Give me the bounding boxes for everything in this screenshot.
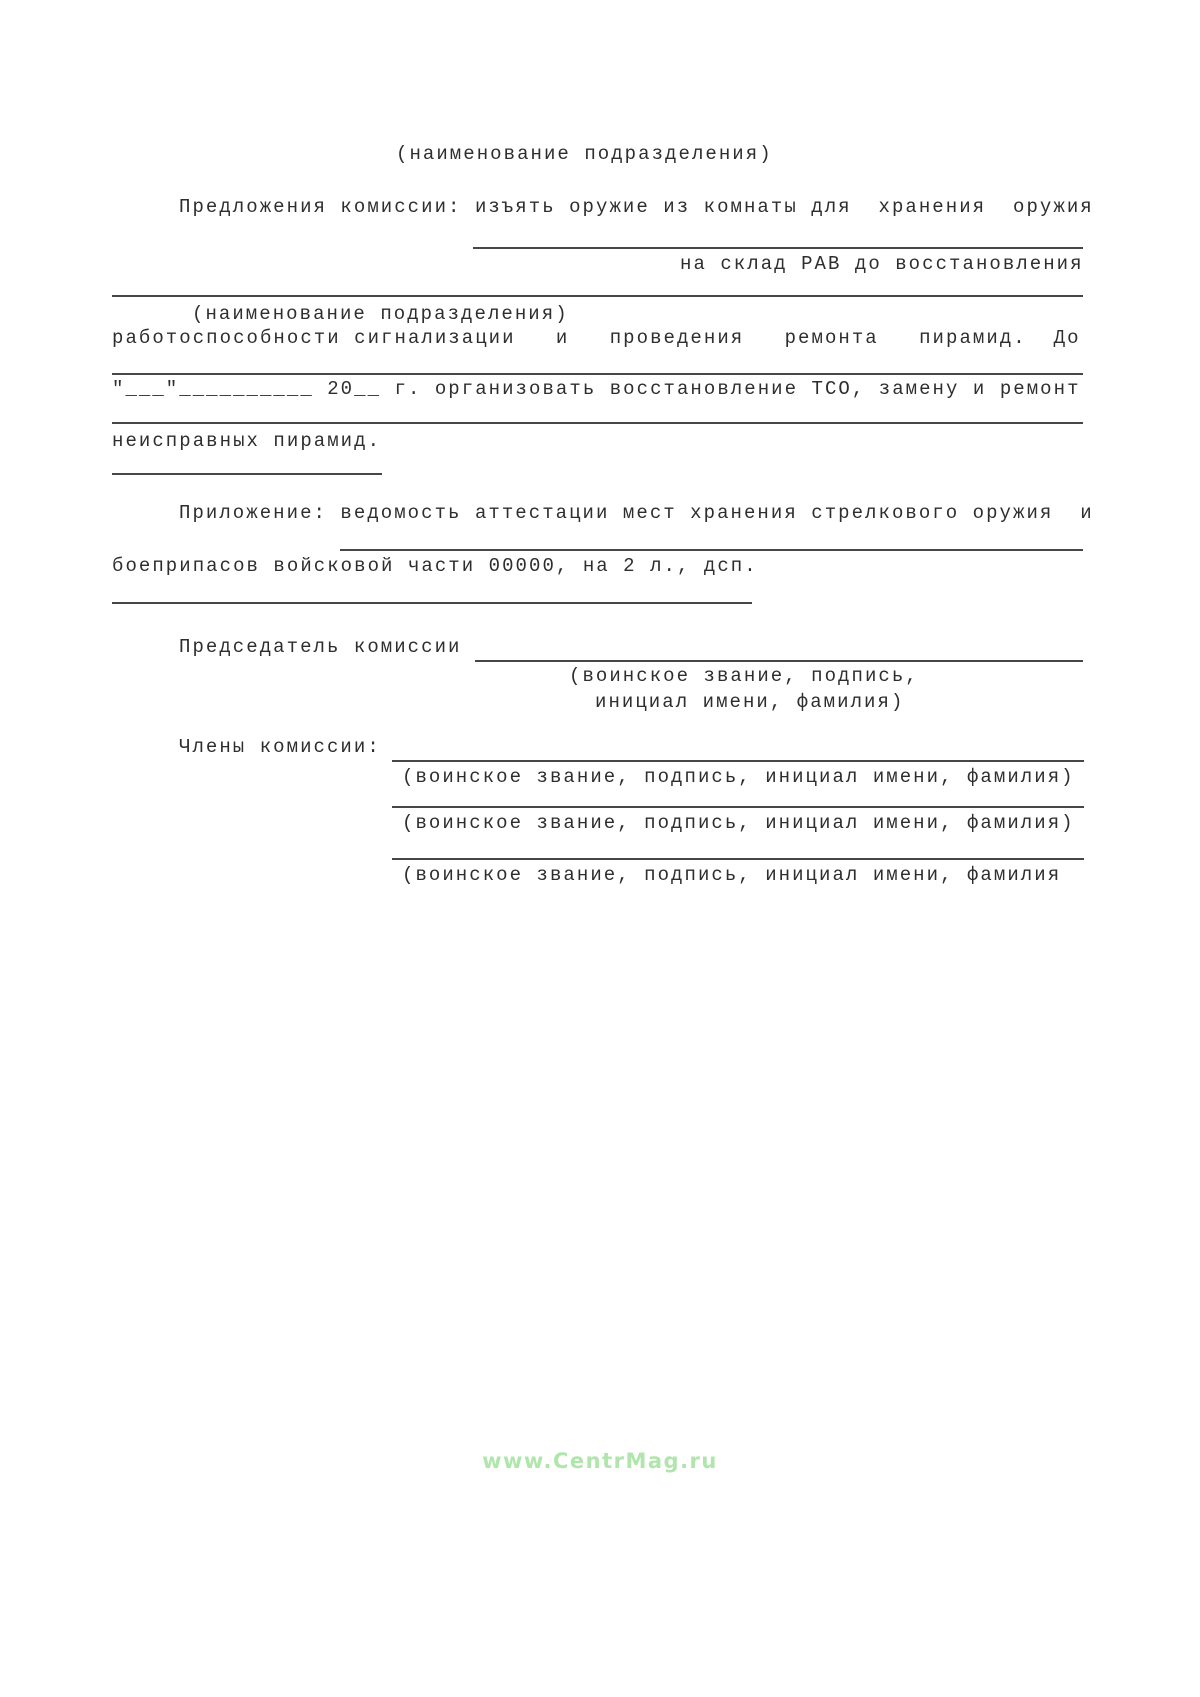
member-caption-3: (воинское звание, подпись, инициал имени… bbox=[402, 864, 1061, 886]
storage-text-line: на склад РАВ до восстановления bbox=[680, 253, 1084, 275]
date-text-line: "___"__________ 20__ г. организовать вос… bbox=[112, 378, 1081, 400]
blank-field-line-3 bbox=[112, 373, 1083, 375]
proposal-text-line: Предложения комиссии: изъять оружие из к… bbox=[179, 196, 1094, 218]
blank-field-short bbox=[112, 473, 382, 475]
attachment-text-line: Приложение: ведомость аттестации мест хр… bbox=[179, 502, 1094, 524]
member-signature-line-1 bbox=[392, 760, 1084, 762]
chairman-caption-line1: (воинское звание, подпись, bbox=[569, 665, 919, 687]
member-caption-2: (воинское звание, подпись, инициал имени… bbox=[402, 812, 1075, 834]
pyramids-text-line: неисправных пирамид. bbox=[112, 430, 381, 452]
blank-field-unit-name bbox=[473, 247, 1083, 249]
member-signature-line-2 bbox=[392, 806, 1084, 808]
blank-field-line-2 bbox=[112, 295, 1083, 297]
chairman-label: Председатель комиссии bbox=[179, 636, 462, 658]
chairman-caption-line2: инициал имени, фамилия) bbox=[595, 691, 904, 713]
centrmag-watermark: www.CentrMag.ru bbox=[482, 1449, 718, 1473]
blank-field-line-4 bbox=[112, 422, 1083, 424]
members-label: Члены комиссии: bbox=[179, 736, 381, 758]
member-caption-1: (воинское звание, подпись, инициал имени… bbox=[402, 766, 1075, 788]
blank-field-line-7 bbox=[112, 602, 752, 604]
ammo-text-line: боеприпасов войсковой части 00000, на 2 … bbox=[112, 555, 758, 577]
repair-text-line: работоспособности сигнализации и проведе… bbox=[112, 327, 1081, 349]
blank-field-attachment bbox=[340, 549, 1083, 551]
unit-caption-mid: (наименование подразделения) bbox=[192, 303, 569, 325]
unit-caption-top: (наименование подразделения) bbox=[396, 143, 773, 165]
member-signature-line-3 bbox=[392, 858, 1084, 860]
chairman-signature-line bbox=[475, 660, 1083, 662]
document-page: (наименование подразделения) Предложения… bbox=[0, 0, 1200, 1697]
